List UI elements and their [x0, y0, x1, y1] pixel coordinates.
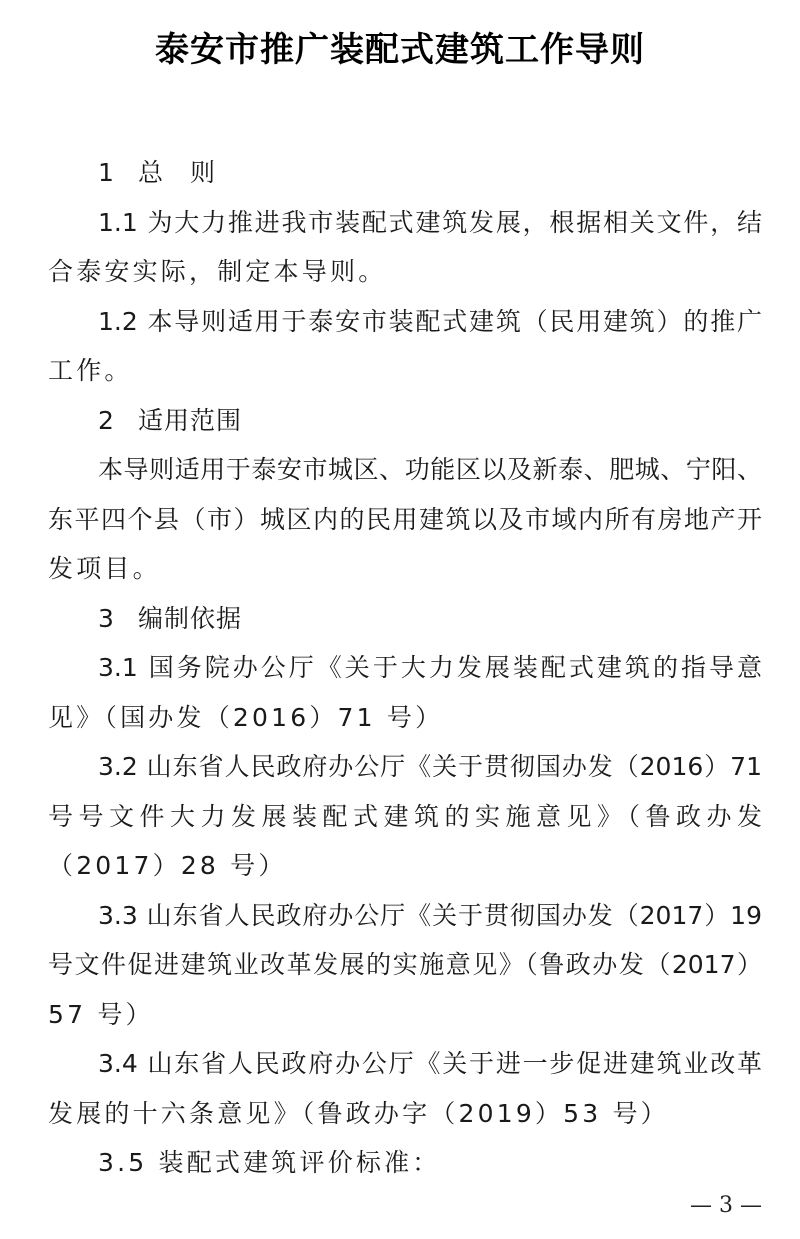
document-body: 1总 则 1.1 为大力推进我市装配式建筑发展，根据相关文件，结 合泰安实际，制…: [48, 148, 762, 1188]
page-number: — 3 —: [690, 1193, 762, 1218]
paragraph-line: 号号文件大力发展装配式建筑的实施意见》（鲁政办发: [48, 792, 762, 842]
paragraph-line: 3.1 国务院办公厅《关于大力发展装配式建筑的指导意: [48, 643, 762, 693]
paragraph-line: 本导则适用于泰安市城区、功能区以及新泰、肥城、宁阳、: [48, 445, 762, 495]
section-heading-1: 1总 则: [48, 148, 762, 198]
paragraph-line: （2017）28 号）: [48, 841, 762, 891]
document-title: 泰安市推广装配式建筑工作导则: [0, 22, 800, 71]
section-heading-3: 3编制依据: [48, 594, 762, 644]
paragraph-line: 发项目。: [48, 544, 762, 594]
paragraph-line: 3.2 山东省人民政府办公厅《关于贯彻国办发（2016）71: [48, 742, 762, 792]
paragraph-line: 3.5 装配式建筑评价标准：: [48, 1138, 762, 1188]
paragraph-line: 1.2 本导则适用于泰安市装配式建筑（民用建筑）的推广: [48, 297, 762, 347]
paragraph-line: 合泰安实际，制定本导则。: [48, 247, 762, 297]
paragraph-line: 号文件促进建筑业改革发展的实施意见》（鲁政办发（2017）: [48, 940, 762, 990]
paragraph-line: 3.4 山东省人民政府办公厅《关于进一步促进建筑业改革: [48, 1039, 762, 1089]
paragraph-line: 工作。: [48, 346, 762, 396]
paragraph-line: 发展的十六条意见》（鲁政办字（2019）53 号）: [48, 1089, 762, 1139]
paragraph-line: 东平四个县（市）城区内的民用建筑以及市域内所有房地产开: [48, 495, 762, 545]
paragraph-line: 1.1 为大力推进我市装配式建筑发展，根据相关文件，结: [48, 198, 762, 248]
paragraph-line: 见》（国办发（2016）71 号）: [48, 693, 762, 743]
paragraph-line: 3.3 山东省人民政府办公厅《关于贯彻国办发（2017）19: [48, 891, 762, 941]
section-heading-2: 2适用范围: [48, 396, 762, 446]
paragraph-line: 57 号）: [48, 990, 762, 1040]
